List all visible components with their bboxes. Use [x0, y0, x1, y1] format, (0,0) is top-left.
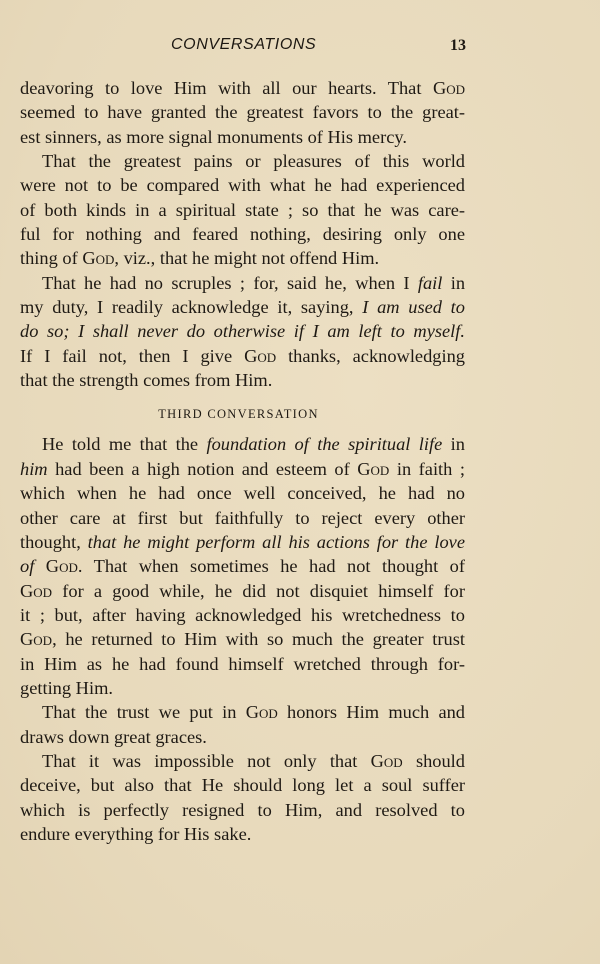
text-line: that the strength comes from Him.	[20, 368, 465, 392]
small-caps-word: God	[244, 346, 276, 366]
section-heading: THIRD CONVERSATION	[20, 392, 465, 432]
italic-run: of	[20, 556, 34, 576]
italic-run: foundation of the spiritual life	[206, 434, 442, 454]
italic-run: that he might perform all his actions fo…	[88, 532, 465, 552]
text-run: thought,	[20, 532, 88, 552]
text-line: other care at first but faithfully to re…	[20, 506, 465, 530]
text-run: He told me that the	[42, 434, 206, 454]
italic-run: I am used to	[362, 297, 465, 317]
text-line: God for a good while, he did not disquie…	[20, 579, 465, 603]
running-title: CONVERSATIONS	[171, 36, 316, 54]
small-caps-word: God	[246, 702, 278, 722]
text-run: had been a high notion and esteem of	[48, 459, 358, 479]
text-run: , viz., that he might not offend Him.	[114, 248, 379, 268]
text-run: thanks, acknowledging	[276, 346, 465, 366]
text-run: honors Him much and	[278, 702, 465, 722]
text-run: deavoring to love Him with all our heart…	[20, 78, 433, 98]
text-line: getting Him.	[20, 676, 465, 700]
page-number: 13	[450, 37, 466, 55]
text-line: of both kinds in a spiritual state ; so …	[20, 198, 465, 222]
text-run: If I fail not, then I give	[20, 346, 244, 366]
small-caps-word: God	[357, 459, 389, 479]
text-line: which when he had once well conceived, h…	[20, 481, 465, 505]
paragraph-1: deavoring to love Him with all our heart…	[20, 76, 465, 149]
text-line: deavoring to love Him with all our heart…	[20, 76, 465, 100]
text-run: That it was impossible not only that	[42, 751, 371, 771]
text-line: ful for nothing and feared nothing, desi…	[20, 222, 465, 246]
text-line: were not to be compared with what he had…	[20, 173, 465, 197]
paragraph-2: That the greatest pains or pleasures of …	[20, 149, 465, 271]
paragraph-4: He told me that the foundation of the sp…	[20, 432, 465, 700]
text-run: in	[442, 273, 465, 293]
text-run: . That when sometimes he had not thought…	[78, 556, 465, 576]
italic-run: fail	[418, 273, 443, 293]
paragraph-5: That the trust we put in God honors Him …	[20, 700, 465, 749]
paragraph-3: That he had no scruples ; for, said he, …	[20, 271, 465, 393]
text-run: That the trust we put in	[42, 702, 246, 722]
italic-run: do so; I shall never do otherwise if I a…	[20, 321, 465, 341]
small-caps-word: God	[433, 78, 465, 98]
italic-run: him	[20, 459, 48, 479]
page-body: deavoring to love Him with all our heart…	[20, 76, 465, 846]
text-line: which is perfectly resigned to Him, and …	[20, 798, 465, 822]
text-line: it ; but, after having acknowledged his …	[20, 603, 465, 627]
text-line: do so; I shall never do otherwise if I a…	[20, 319, 465, 343]
text-line: That the greatest pains or pleasures of …	[20, 149, 465, 173]
small-caps-word: God	[371, 751, 403, 771]
text-run: my duty, I readily acknowledge it, sayin…	[20, 297, 362, 317]
running-head: CONVERSATIONS 13	[0, 36, 600, 60]
text-line: my duty, I readily acknowledge it, sayin…	[20, 295, 465, 319]
text-line: of God. That when sometimes he had not t…	[20, 554, 465, 578]
small-caps-word: God	[20, 629, 52, 649]
text-line: That it was impossible not only that God…	[20, 749, 465, 773]
text-line: That the trust we put in God honors Him …	[20, 700, 465, 724]
text-run: for a good while, he did not disquiet hi…	[52, 581, 465, 601]
text-line: That he had no scruples ; for, said he, …	[20, 271, 465, 295]
text-run: in faith ;	[389, 459, 465, 479]
text-line: If I fail not, then I give God thanks, a…	[20, 344, 465, 368]
text-line: est sinners, as more signal monuments of…	[20, 125, 465, 149]
text-run: in	[442, 434, 465, 454]
text-line: deceive, but also that He should long le…	[20, 773, 465, 797]
text-line: in Him as he had found himself wretched …	[20, 652, 465, 676]
text-line: thing of God, viz., that he might not of…	[20, 246, 465, 270]
paragraph-6: That it was impossible not only that God…	[20, 749, 465, 846]
text-line: him had been a high notion and esteem of…	[20, 457, 465, 481]
small-caps-word: God	[34, 556, 78, 576]
text-run: thing of	[20, 248, 82, 268]
text-line: endure everything for His sake.	[20, 822, 465, 846]
small-caps-word: God	[20, 581, 52, 601]
text-line: God, he returned to Him with so much the…	[20, 627, 465, 651]
text-line: draws down great graces.	[20, 725, 465, 749]
text-run: should	[403, 751, 465, 771]
text-run: , he returned to Him with so much the gr…	[52, 629, 465, 649]
text-line: seemed to have granted the greatest favo…	[20, 100, 465, 124]
small-caps-word: God	[82, 248, 114, 268]
text-run: That he had no scruples ; for, said he, …	[42, 273, 418, 293]
text-line: He told me that the foundation of the sp…	[20, 432, 465, 456]
text-line: thought, that he might perform all his a…	[20, 530, 465, 554]
